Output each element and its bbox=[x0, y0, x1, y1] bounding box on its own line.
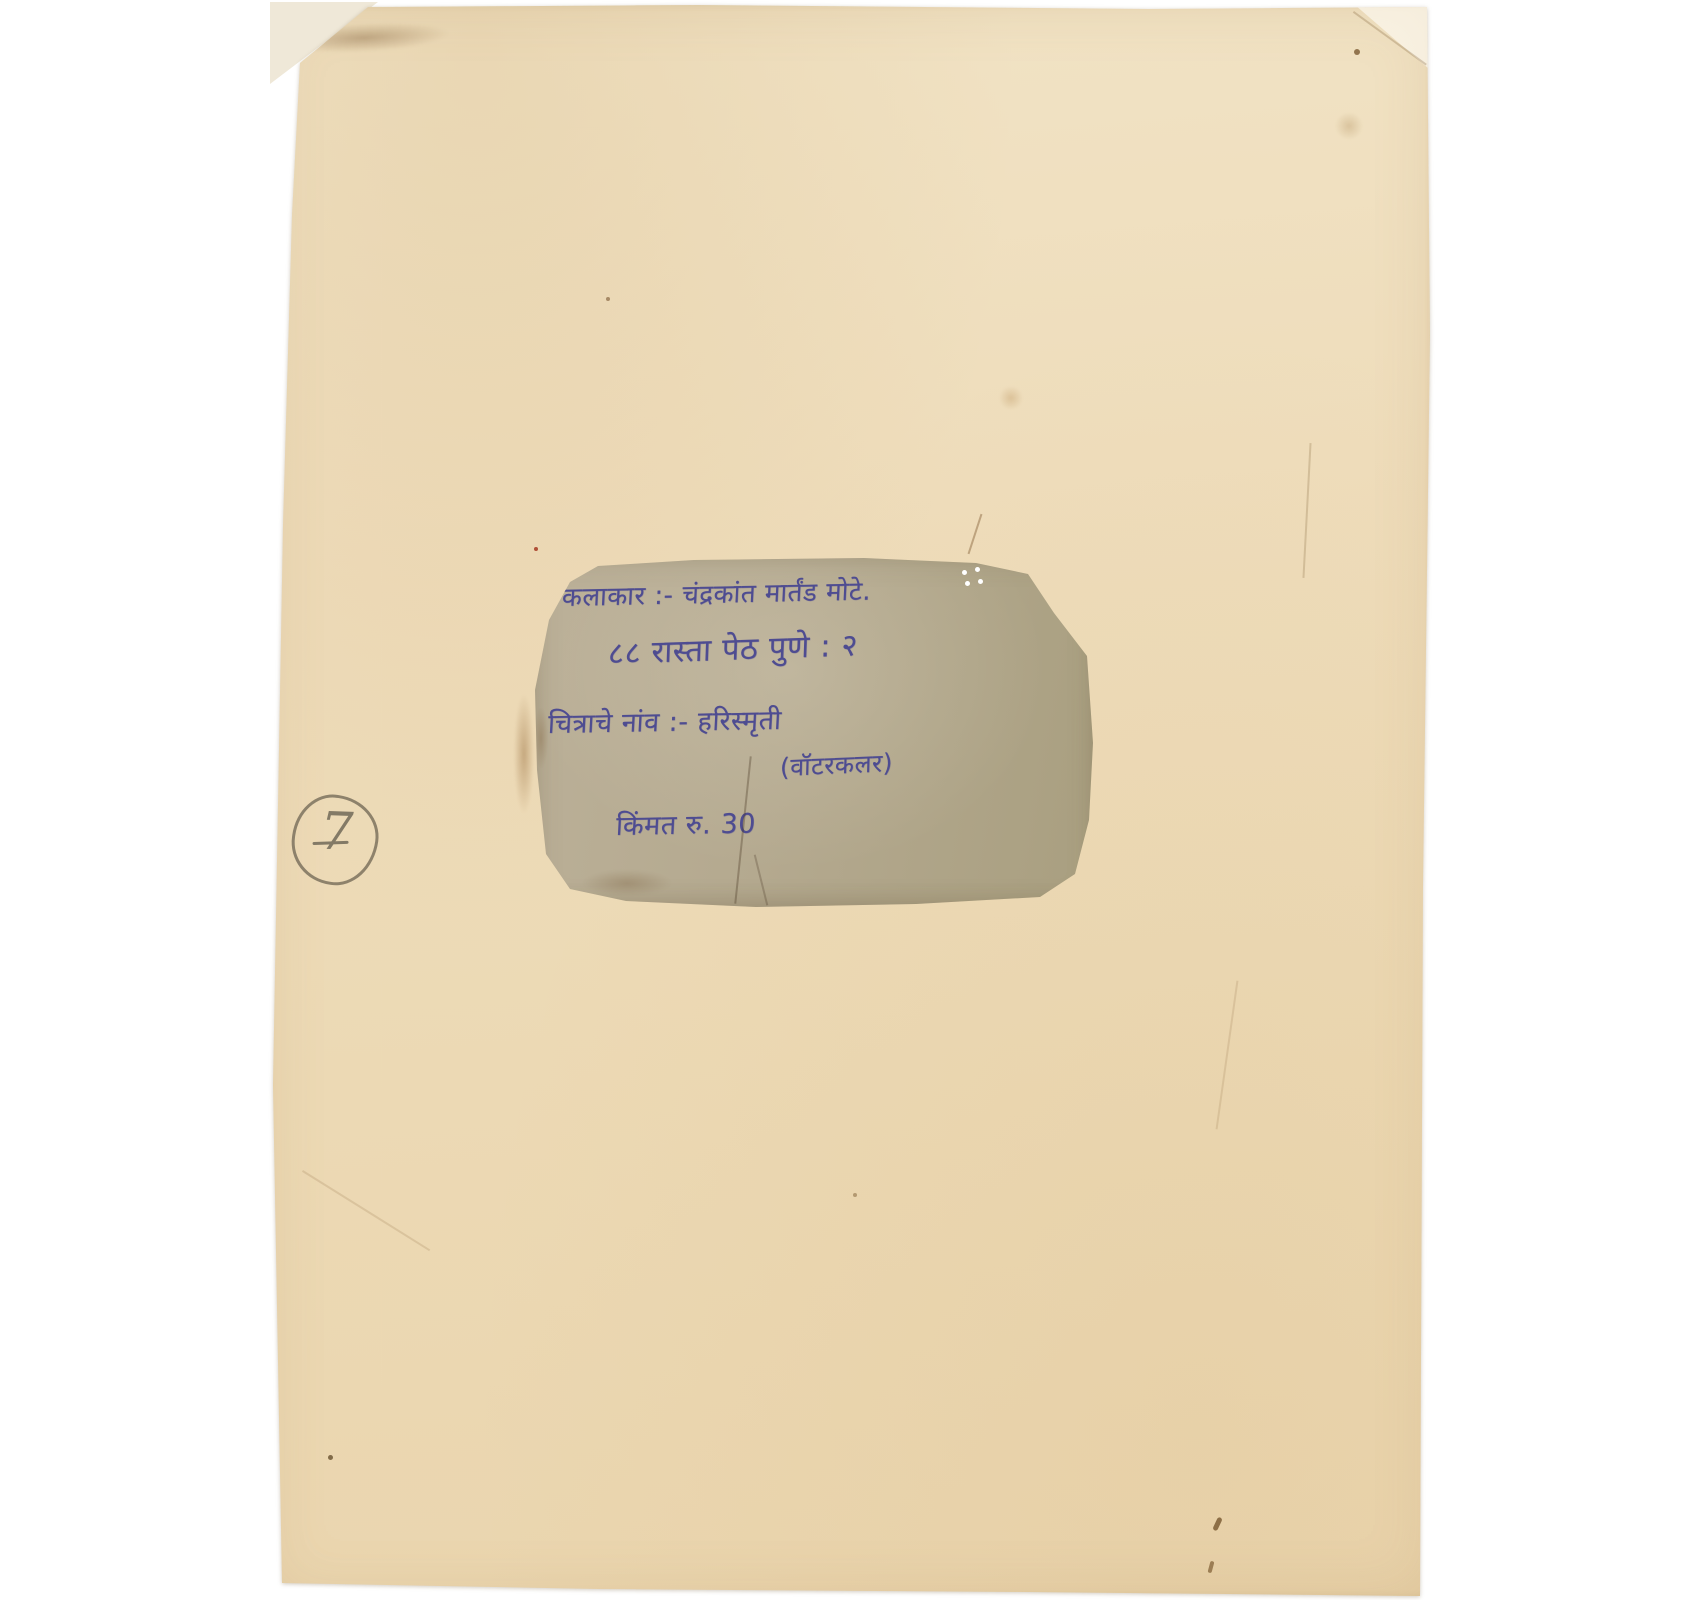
paper-speck bbox=[1208, 1561, 1215, 1574]
paper-speck bbox=[534, 547, 538, 551]
paper-sheet: कलाकार :- चंद्रकांत मार्तंड मोटे. ८८ रास… bbox=[268, 5, 1431, 1597]
paper-smudge bbox=[307, 19, 448, 54]
label-paper-loss-dot bbox=[962, 570, 967, 575]
label-medium-line: (वॉटरकलर) bbox=[780, 745, 894, 784]
label-stain bbox=[534, 708, 548, 768]
pencil-number: 7 bbox=[319, 806, 354, 859]
paper-stain bbox=[998, 387, 1024, 409]
scan-background: कलाकार :- चंद्रकांत मार्तंड मोटे. ८८ रास… bbox=[0, 0, 1700, 1600]
label-price-line: किंमत रु. 30 bbox=[615, 804, 757, 843]
paper-wrapper: कलाकार :- चंद्रकांत मार्तंड मोटे. ८८ रास… bbox=[0, 0, 1700, 1600]
label-title-line: चित्राचे नांव :- हरिस्मृती bbox=[547, 700, 783, 741]
paper-stain bbox=[514, 695, 534, 813]
paper-crease bbox=[1302, 443, 1311, 578]
label-paper-loss-dot bbox=[975, 567, 980, 572]
label-artist-line: कलाकार :- चंद्रकांत मार्तंड मोटे. bbox=[561, 571, 872, 614]
adhesive-label: कलाकार :- चंद्रकांत मार्तंड मोटे. ८८ रास… bbox=[534, 558, 1096, 908]
label-stain bbox=[582, 870, 672, 896]
label-crease bbox=[754, 855, 769, 906]
paper-speck bbox=[1354, 49, 1360, 55]
paper-speck bbox=[853, 1193, 857, 1197]
paper-stain bbox=[1334, 113, 1364, 139]
paper-speck bbox=[1212, 1517, 1222, 1532]
paper-speck bbox=[328, 1455, 333, 1460]
label-paper-loss-dot bbox=[978, 579, 983, 584]
paper-crease bbox=[302, 1170, 430, 1251]
label-address-line: ८८ रास्ता पेठ पुणे : २ bbox=[607, 623, 859, 674]
paper-speck bbox=[606, 297, 610, 301]
paper-crease bbox=[1216, 981, 1239, 1130]
label-paper-loss-dot bbox=[965, 581, 970, 586]
circled-number-annotation: 7 bbox=[286, 789, 384, 890]
paper-crease bbox=[968, 514, 983, 555]
